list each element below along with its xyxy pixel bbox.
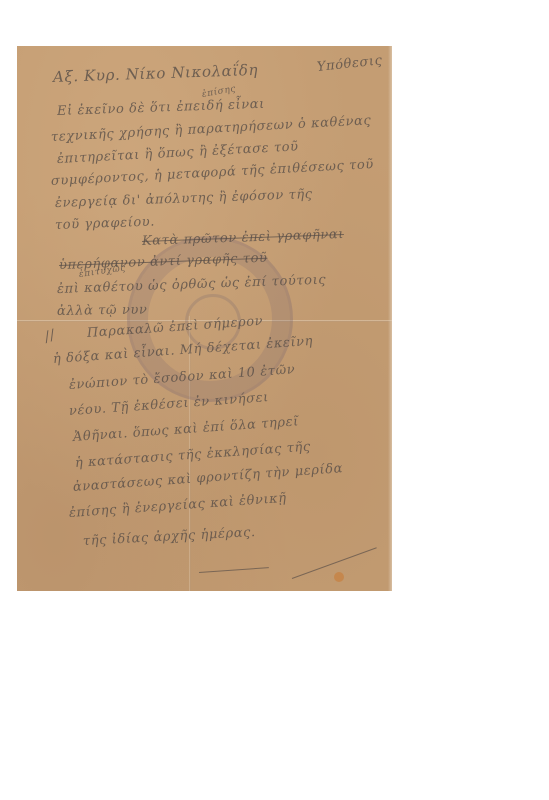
stain-spot <box>334 572 344 582</box>
letter-line: ἐπίσης ἢ ἐνεργείας καὶ ἐθνικῇ <box>68 491 287 521</box>
marginal-mark: // <box>42 327 57 346</box>
letter-line: νέου. Τῇ ἐκθέσει ἐν κινήσει <box>68 390 269 419</box>
letter-line: Εἰ ἐκεῖνο δὲ ὅτι ἐπειδή εἶναι <box>57 97 265 119</box>
letter-line: Ἀθῆναι. ὅπως καὶ ἐπί ὅλα τηρεῖ <box>72 414 299 445</box>
letter-line: τῆς ἰδίας ἀρχῆς ἡμέρας. <box>83 525 257 549</box>
corner-note: Υπόθεσις <box>316 53 383 75</box>
letter-line: ἀλλὰ τῷ νυν <box>57 302 148 319</box>
salutation: Αξ. Κυρ. Νίκο Νικολαΐδη <box>53 61 259 86</box>
letter-line: ἐνεργείᾳ δι' ἀπόλυτης ἢ ἐφόσον τῆς <box>55 187 313 211</box>
letter-line: τοῦ γραφείου. <box>55 215 156 233</box>
letter-line: τεχνικῆς χρήσης ἢ παρατηρήσεων ὁ καθένας <box>51 113 372 145</box>
underline-flourish <box>199 567 269 573</box>
letter-page: Αξ. Κυρ. Νίκο Νικολαΐδη Υπόθεσις ἐπίσης … <box>17 46 392 591</box>
